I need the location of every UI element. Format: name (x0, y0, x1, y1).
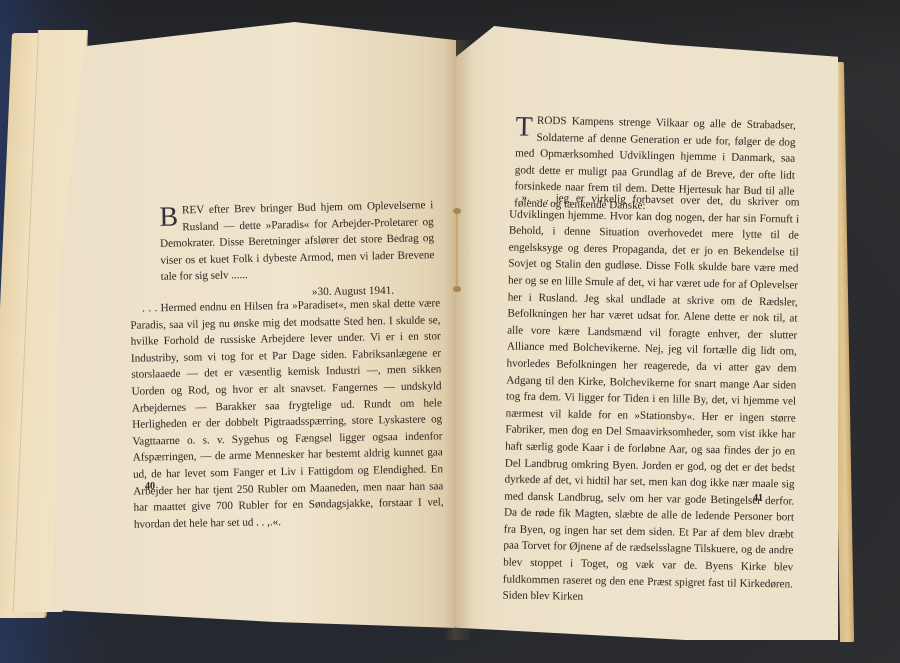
right-letter-paragraph: ». . . jeg er virkelig forbavset over de… (502, 190, 799, 610)
left-intro-paragraph: B REV efter Brev bringer Bud hjem om Opl… (159, 197, 435, 286)
book-gutter (444, 40, 470, 640)
left-intro-text: REV efter Brev bringer Bud hjem om Oplev… (159, 197, 435, 286)
left-letter-text: . . . Hermed endnu en Hilsen fra »Paradi… (130, 295, 444, 533)
right-letter-text: ». . . jeg er virkelig forbavset over de… (502, 190, 799, 610)
binding-thread (456, 210, 458, 290)
dropcap-b: B (159, 205, 178, 229)
page-number-right: 41 (753, 493, 763, 504)
left-letter-paragraph: . . . Hermed endnu en Hilsen fra »Paradi… (130, 295, 444, 533)
page-number-left: 40 (145, 481, 155, 492)
open-book: B REV efter Brev bringer Bud hjem om Opl… (0, 0, 900, 663)
dropcap-t: T (515, 115, 533, 139)
